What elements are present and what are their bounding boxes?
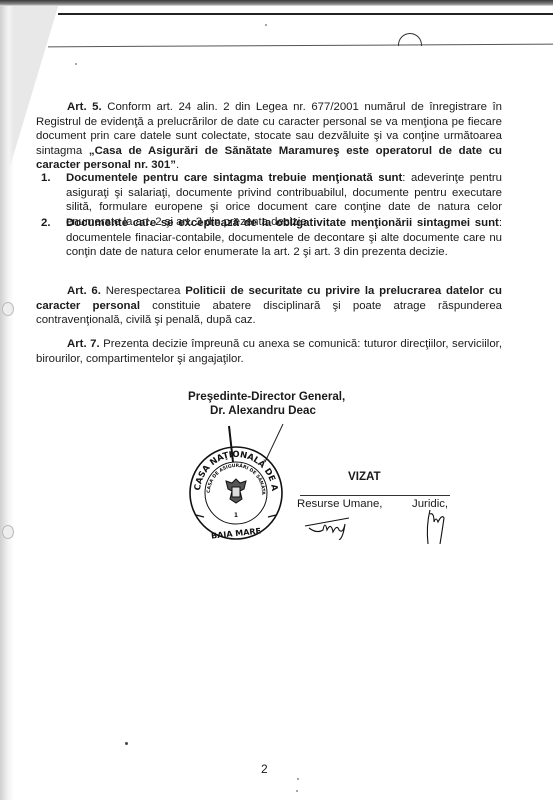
header-rule-lower [48, 44, 553, 48]
header-rule [58, 13, 553, 15]
article-7-label: Art. 7. [67, 338, 100, 350]
article-7: Art. 7. Prezenta decizie împreună cu ane… [36, 337, 502, 366]
svg-text:1: 1 [234, 512, 238, 519]
article-5: Art. 5. Conform art. 24 alin. 2 din Lege… [36, 100, 502, 173]
scan-top-edge [0, 0, 553, 6]
signatory-name: Dr. Alexandru Deac [210, 404, 316, 417]
signatory-title: Preşedinte-Director General, [188, 390, 345, 403]
operator-phrase: „Casa de Asigurări de Sănătate Maramureş… [36, 145, 502, 172]
article-6-text: Nerespectarea [101, 285, 185, 297]
item-heading: Documente care se exceptează de la oblig… [66, 217, 499, 229]
legal-signature-icon [424, 508, 450, 546]
article-6-label: Art. 6. [67, 285, 101, 297]
punch-hole [2, 302, 14, 316]
item-number: 2. [41, 216, 51, 231]
header-arc-mark [398, 33, 422, 46]
scan-speck [297, 778, 299, 780]
hr-signature-icon [303, 510, 353, 540]
article-5-item-2: 2. Documente care se exceptează de la ob… [36, 216, 502, 260]
scan-speck [75, 63, 77, 65]
scan-speck [265, 24, 267, 26]
approval-rule [300, 495, 450, 496]
scan-speck [125, 742, 128, 745]
scan-edge-shadow [0, 0, 14, 800]
official-stamp-icon: CASA NAŢIONALĂ DE ASIGURĂRI DE SĂNĂTATE … [186, 443, 286, 543]
scan-speck [296, 790, 298, 792]
scanned-document-page: Art. 5. Conform art. 24 alin. 2 din Lege… [0, 0, 553, 800]
hr-department-label: Resurse Umane, [297, 498, 382, 510]
article-7-text: Prezenta decizie împreună cu anexa se co… [36, 338, 502, 365]
article-5-label: Art. 5. [67, 101, 102, 113]
item-number: 1. [41, 171, 51, 186]
approval-heading: VIZAT [348, 470, 381, 483]
punch-hole [2, 525, 14, 539]
item-heading: Documentele pentru care sintagma trebuie… [66, 172, 402, 184]
article-6: Art. 6. Nerespectarea Politicii de secur… [36, 284, 502, 328]
page-number: 2 [261, 762, 268, 776]
article-5-end: . [176, 159, 179, 171]
